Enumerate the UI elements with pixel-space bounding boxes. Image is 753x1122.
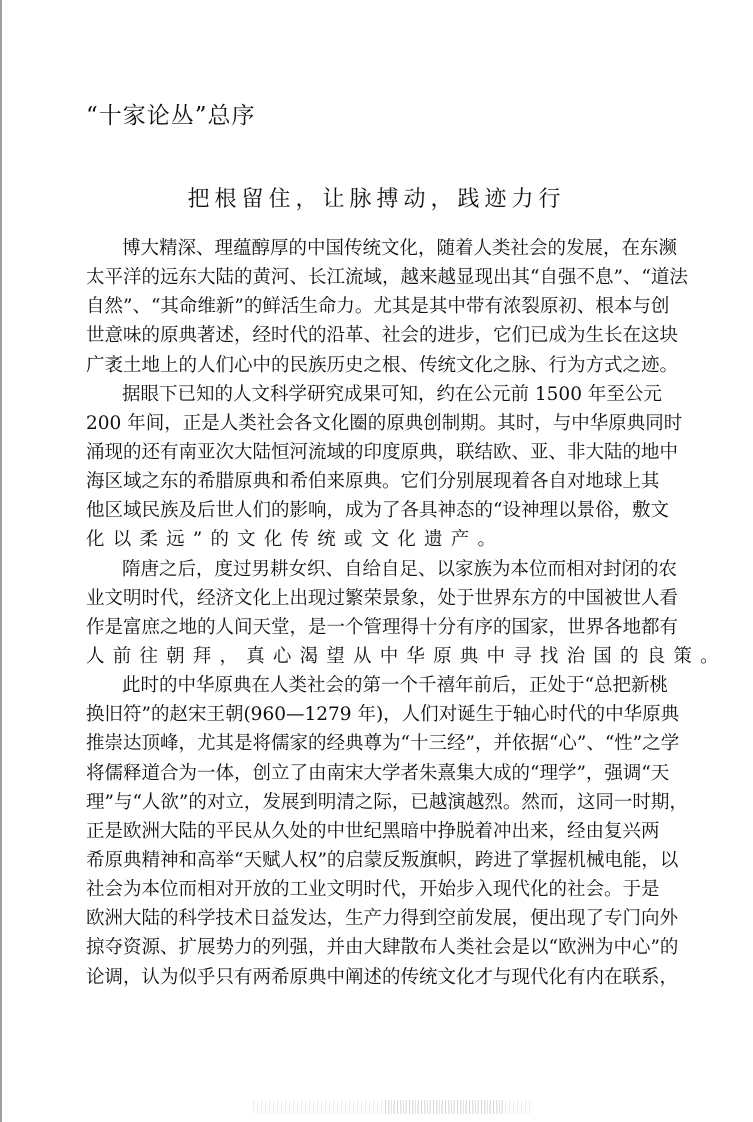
paragraph-1: 博大精深、理蕴醇厚的中国传统文化，随着人类社会的发展，在东濒 太平洋的远东大陆的… (86, 234, 652, 380)
text-line: 200 年间，正是人类社会各文化圈的原典创制期。其时，与中华原典同时 (86, 409, 652, 438)
text-line: 作是富庶之地的人间天堂，是一个管理得十分有序的国家，世界各地都有 (86, 613, 652, 642)
paragraph-2: 据眼下已知的人文科学研究成果可知，约在公元前 1500 年至公元 200 年间，… (86, 380, 652, 555)
text-line: 理”与“人欲”的对立，发展到明清之际，已越演越烈。然而，这同一时期， (86, 788, 652, 817)
text-line: 欧洲大陆的科学技术日益发达，生产力得到空前发展，便出现了专门向外 (86, 904, 652, 933)
paragraph-4: 此时的中华原典在人类社会的第一个千禧年前后，正处于“总把新桃 换旧符”的赵宋王朝… (86, 671, 652, 992)
scan-page-edge (0, 0, 2, 1122)
text-line: 博大精深、理蕴醇厚的中国传统文化，随着人类社会的发展，在东濒 (86, 234, 652, 263)
text-line: 社会为本位而相对开放的工业文明时代，开始步入现代化的社会。于是 (86, 875, 652, 904)
text-line: 将儒释道合为一体，创立了由南宋大学者朱熹集大成的“理学”，强调“天 (86, 759, 652, 788)
scan-artifact (385, 1100, 505, 1114)
text-line: 希原典精神和高举“天赋人权”的启蒙反叛旗帜，跨进了掌握机械电能，以 (86, 846, 652, 875)
text-line: 化以柔远”的文化传统或文化遗产。 (86, 525, 652, 554)
text-line: 自然”、“其命维新”的鲜活生命力。尤其是其中带有浓裂原初、根本与创 (86, 292, 652, 321)
text-line: 太平洋的远东大陆的黄河、长江流域，越来越显现出其“自强不息”、“道法 (86, 263, 652, 292)
text-line: 涌现的还有南亚次大陆恒河流域的印度原典，联结欧、亚、非大陆的地中 (86, 438, 652, 467)
text-line: 据眼下已知的人文科学研究成果可知，约在公元前 1500 年至公元 (86, 380, 652, 409)
text-line: 业文明时代，经济文化上出现过繁荣景象，处于世界东方的中国被世人看 (86, 584, 652, 613)
text-line: 正是欧洲大陆的平民从久处的中世纪黑暗中挣脱着冲出来，经由复兴两 (86, 817, 652, 846)
text-line: 世意味的原典著述，经时代的沿革、社会的进步，它们已成为生长在这块 (86, 321, 652, 350)
text-line: 广袤土地上的人们心中的民族历史之根、传统文化之脉、行为方式之迹。 (86, 351, 652, 380)
paragraph-3: 隋唐之后，度过男耕女织、自给自足、以家族为本位而相对封闭的农 业文明时代，经济文… (86, 555, 652, 672)
text-line: 他区域民族及后世人们的影响，成为了各具神态的“设神理以景俗，敷文 (86, 496, 652, 525)
text-line: 人前往朝拜，真心渴望从中华原典中寻找治国的良策。 (86, 642, 652, 671)
series-title: “十家论丛”总序 (86, 100, 256, 132)
text-line: 掠夺资源、扩展势力的列强，并由大肆散布人类社会是以“欧洲为中心”的 (86, 933, 652, 962)
body-text: 博大精深、理蕴醇厚的中国传统文化，随着人类社会的发展，在东濒 太平洋的远东大陆的… (86, 234, 652, 992)
text-line: 此时的中华原典在人类社会的第一个千禧年前后，正处于“总把新桃 (86, 671, 652, 700)
article-title: 把根留住，让脉搏动，践迹力行 (0, 184, 753, 216)
text-line: 隋唐之后，度过男耕女织、自给自足、以家族为本位而相对封闭的农 (86, 555, 652, 584)
text-line: 海区域之东的希腊原典和希伯来原典。它们分别展现着各自对地球上其 (86, 467, 652, 496)
text-line: 推崇达顶峰，尤其是将儒家的经典尊为“十三经”，并依据“心”、“性”之学 (86, 729, 652, 758)
text-line: 论调，认为似乎只有两希原典中阐述的传统文化才与现代化有内在联系， (86, 963, 652, 992)
text-line: 换旧符”的赵宋王朝(960—1279 年)，人们对诞生于轴心时代的中华原典 (86, 700, 652, 729)
